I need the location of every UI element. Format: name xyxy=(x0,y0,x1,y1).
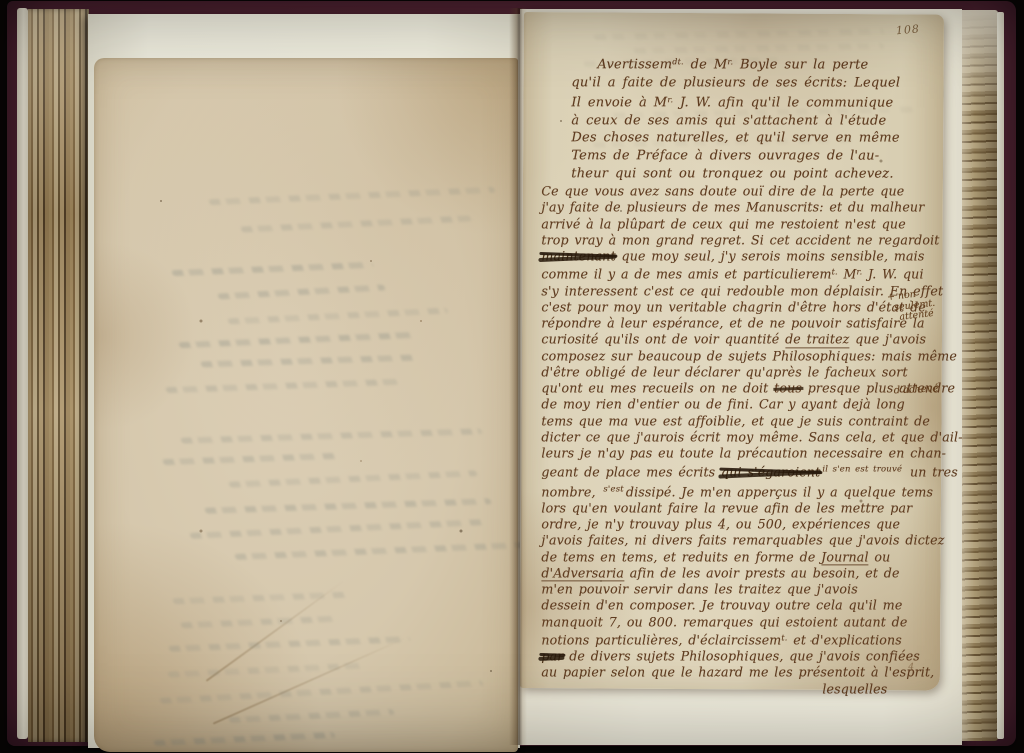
left-deckled-page-edges xyxy=(28,9,89,742)
text-segment: j'avois faites, ni divers faits remarqua… xyxy=(541,533,944,548)
struck-out-word: par xyxy=(541,648,563,663)
manuscript-line: leurs je n'ay pas eu toute la précaution… xyxy=(541,445,943,461)
left-inner-page-edge xyxy=(17,8,28,739)
struck-out-word: qui s'égaroient xyxy=(721,465,820,480)
manuscript-line: au papier selon que le hazard me les pré… xyxy=(541,665,943,681)
underlined-word: d'Adversaria xyxy=(541,565,624,582)
manuscript-line: nombre, s'estdissipé. Je m'en apperçus i… xyxy=(541,481,943,500)
manuscript-line: de moy rien d'entier ou de fini. Car y a… xyxy=(541,397,943,413)
manuscript-line: dicter ce que j'aurois écrit moy même. S… xyxy=(541,429,943,445)
text-segment: ou xyxy=(869,549,891,564)
text-segment: theur qui sont ou tronquez ou point ache… xyxy=(571,166,893,181)
manuscript-line: Il envoie à Mr. J. W. afin qu'il le comm… xyxy=(571,91,919,112)
bleedthrough-text-line xyxy=(159,680,483,704)
manuscript-line: à ceux de ses amis qui s'attachent à l'é… xyxy=(571,112,919,130)
underlined-word: de traitez xyxy=(785,332,849,349)
right-fore-edge-page-block xyxy=(962,10,998,741)
text-segment: J. W. afin qu'il le communique xyxy=(673,95,893,110)
text-segment: composez sur beaucoup de sujets Philosop… xyxy=(541,348,957,363)
manuscript-line: de tems en tems, et reduits en forme de … xyxy=(541,549,943,565)
manuscript-line: trop vray à mon grand regret. Si cet acc… xyxy=(541,232,943,248)
bleedthrough-text-line xyxy=(204,499,492,515)
text-segment: Avertissem xyxy=(597,57,672,72)
manuscript-line: Ce que vous avez sans doute ouï dire de … xyxy=(541,183,943,199)
bleedthrough-text-line xyxy=(165,378,399,392)
struck-out-word: maintenant xyxy=(541,248,615,263)
left-manuscript-leaf-blank xyxy=(94,58,518,752)
text-segment: comme il y a de mes amis et particuliere… xyxy=(541,267,831,282)
manuscript-line: c'est pour moy un veritable chagrin d'êt… xyxy=(541,299,943,315)
text-segment: ordre, je n'y trouvay plus 4, ou 500, ex… xyxy=(541,516,900,531)
text-segment: de moy rien d'entier ou de fini. Car y a… xyxy=(541,397,904,412)
text-segment: que moy seul, j'y serois moins sensible,… xyxy=(616,248,925,263)
bleedthrough-text-line xyxy=(168,636,410,652)
text-segment: J. W. qui xyxy=(862,267,923,282)
page-number: 108 xyxy=(895,22,920,37)
text-segment: dicter ce que j'aurois écrit moy même. S… xyxy=(541,429,962,444)
text-segment: que j'avois xyxy=(849,332,926,347)
text-segment: de divers sujets Philosophiques, que j'a… xyxy=(563,648,919,663)
text-segment: j'ay faite de plusieurs de mes Manuscrit… xyxy=(541,200,924,215)
bleedthrough-text-line xyxy=(173,591,352,604)
bleedthrough-text-line xyxy=(234,542,524,560)
text-segment: notions particulières, d'éclaircissem xyxy=(541,632,781,647)
bleedthrough-text-line xyxy=(180,428,482,443)
text-segment: trop vray à mon grand regret. Si cet acc… xyxy=(541,232,939,247)
manuscript-line: s'y interessent c'est ce qui redouble mo… xyxy=(541,283,943,299)
interlinear-insertion: il s'en est trouvé xyxy=(822,465,902,475)
right-inner-page-edge xyxy=(997,12,1004,739)
manuscript-line: d'Adversaria afin de les avoir prests au… xyxy=(541,565,943,581)
manuscript-line: Avertissemdt. de Mr. Boyle sur la perte xyxy=(571,53,919,74)
text-segment: c'est pour moy un veritable chagrin d'êt… xyxy=(541,299,926,314)
text-segment: lors qu'en voulant faire la revue afin d… xyxy=(541,500,912,515)
manuscript-line: curiosité qu'ils ont de voir quantité de… xyxy=(541,332,943,348)
manuscript-line: dessein d'en composer. Je trouvay outre … xyxy=(541,598,943,614)
margin-note-line: d'achevé xyxy=(893,383,938,396)
text-segment: tems que ma vue est affoiblie, et que je… xyxy=(541,413,930,428)
manuscript-line: Des choses naturelles, et qu'il serve en… xyxy=(571,130,919,148)
text-segment: Il envoie à M xyxy=(571,95,667,110)
gutter-shadow xyxy=(509,8,527,745)
bleedthrough-text-line xyxy=(172,262,375,276)
text-segment: de M xyxy=(684,57,728,72)
text-segment: geant de place mes écrits xyxy=(541,465,721,480)
manuscript-line: répondre à leur espérance, et de ne pouv… xyxy=(541,315,943,331)
manuscript-line: m'en pouvoir servir dans les traitez que… xyxy=(541,581,943,597)
text-segment: s'y interessent c'est ce qui redouble mo… xyxy=(541,283,943,298)
photograph-of-open-manuscript-book: 108 Avertissemdt. de Mr. Boyle sur la pe… xyxy=(0,0,1024,753)
text-segment: dt. xyxy=(672,57,683,66)
manuscript-ink-layer: 108 Avertissemdt. de Mr. Boyle sur la pe… xyxy=(520,12,944,691)
text-segment: Tems de Préface à divers ouvrages de l'a… xyxy=(571,148,879,163)
text-segment: d'être obligé de leur déclarer qu'après … xyxy=(541,364,907,379)
text-segment: arrivé à la plûpart de ceux qui me resto… xyxy=(541,216,905,231)
manuscript-heading: Avertissemdt. de Mr. Boyle sur la perteq… xyxy=(571,53,919,182)
text-segment: qu'ont eu mes recueils on ne doit xyxy=(541,380,774,395)
manuscript-line: theur qui sont ou tronquez ou point ache… xyxy=(571,165,919,183)
text-segment: afin de les avoir prests au besoin, et d… xyxy=(624,565,900,580)
bleedthrough-text-line xyxy=(240,216,471,233)
manuscript-line: qu'ont eu mes recueils on ne doit tous p… xyxy=(541,380,943,396)
text-segment: et d'explications xyxy=(787,632,901,647)
text-segment: dissipé. Je m'en apperçus il y a quelque… xyxy=(626,484,933,499)
catchword: lesquelles xyxy=(541,681,943,697)
margin-note: d'achevé xyxy=(893,383,938,396)
manuscript-line: d'être obligé de leur déclarer qu'après … xyxy=(541,364,943,380)
right-manuscript-leaf: 108 Avertissemdt. de Mr. Boyle sur la pe… xyxy=(520,12,944,691)
text-segment: manquoit 7, ou 800. remarques qui estoie… xyxy=(541,614,907,629)
foxing-specks xyxy=(160,200,162,202)
text-segment: qu'il a faite de plusieurs de ses écrits… xyxy=(571,75,900,90)
bleedthrough-text-line xyxy=(178,332,419,349)
text-segment: m'en pouvoir servir dans les traitez que… xyxy=(541,581,858,596)
text-segment: curiosité qu'ils ont de voir quantité xyxy=(541,332,785,347)
manuscript-line: par de divers sujets Philosophiques, que… xyxy=(541,648,943,664)
text-segment: Des choses naturelles, et qu'il serve en… xyxy=(571,131,899,146)
manuscript-line: ordre, je n'y trouvay plus 4, ou 500, ex… xyxy=(541,516,943,532)
text-segment: leurs je n'ay pas eu toute la précaution… xyxy=(541,445,946,460)
struck-out-word: tous xyxy=(774,380,802,395)
text-segment: M xyxy=(838,267,857,282)
manuscript-line: j'avois faites, ni divers faits remarqua… xyxy=(541,533,943,549)
folio-mark: 4 xyxy=(908,662,914,672)
interlinear-insertion: s'est xyxy=(603,484,624,494)
bleedthrough-text-line xyxy=(208,187,495,205)
manuscript-line: Tems de Préface à divers ouvrages de l'a… xyxy=(571,147,919,165)
text-segment: répondre à leur espérance, et de ne pouv… xyxy=(541,315,924,330)
manuscript-line: geant de place mes écrits qui s'égaroien… xyxy=(541,462,943,481)
manuscript-body: Ce que vous avez sans doute ouï dire de … xyxy=(541,183,943,697)
manuscript-line: comme il y a de mes amis et particuliere… xyxy=(541,265,943,283)
manuscript-line: composez sur beaucoup de sujets Philosop… xyxy=(541,348,943,364)
bleedthrough-text-line xyxy=(167,662,367,677)
manuscript-line: qu'il a faite de plusieurs de ses écrits… xyxy=(571,74,919,92)
foxing-specks xyxy=(560,120,562,122)
bleedthrough-text-line xyxy=(162,452,340,464)
text-segment: dessein d'en composer. Je trouvay outre … xyxy=(541,598,902,613)
text-segment: nombre, xyxy=(541,484,601,499)
bleedthrough-text-line xyxy=(228,470,477,488)
bleedthrough-text-line xyxy=(200,355,418,368)
manuscript-line: notions particulières, d'éclaircissemt. … xyxy=(541,630,943,648)
text-segment: de tems en tems, et reduits en forme de xyxy=(541,549,821,564)
manuscript-line: tems que ma vue est affoiblie, et que je… xyxy=(541,413,943,429)
bleedthrough-text-line xyxy=(217,284,386,299)
bleedthrough-text-line xyxy=(181,616,343,629)
bleedthrough-text-line xyxy=(228,709,394,723)
bleedthrough-text-line xyxy=(190,519,486,539)
manuscript-line: arrivé à la plûpart de ceux qui me resto… xyxy=(541,216,943,232)
bleedthrough-text-line xyxy=(227,307,448,324)
text-segment: à ceux de ses amis qui s'attachent à l'é… xyxy=(571,113,886,128)
bleedthrough-text-line xyxy=(153,732,335,746)
manuscript-line: lors qu'en voulant faire la revue afin d… xyxy=(541,500,943,516)
text-segment: Boyle sur la perte xyxy=(733,57,868,72)
margin-note: + nonseulemt.attenté xyxy=(887,288,937,325)
manuscript-line: maintenant que moy seul, j'y serois moin… xyxy=(541,248,943,264)
manuscript-line: j'ay faite de plusieurs de mes Manuscrit… xyxy=(541,200,943,216)
text-segment: au papier selon que le hazard me les pré… xyxy=(541,665,934,680)
underlined-word: Journal xyxy=(821,549,868,566)
manuscript-line: manquoit 7, ou 800. remarques qui estoie… xyxy=(541,614,943,630)
text-segment: Ce que vous avez sans doute ouï dire de … xyxy=(541,183,904,198)
